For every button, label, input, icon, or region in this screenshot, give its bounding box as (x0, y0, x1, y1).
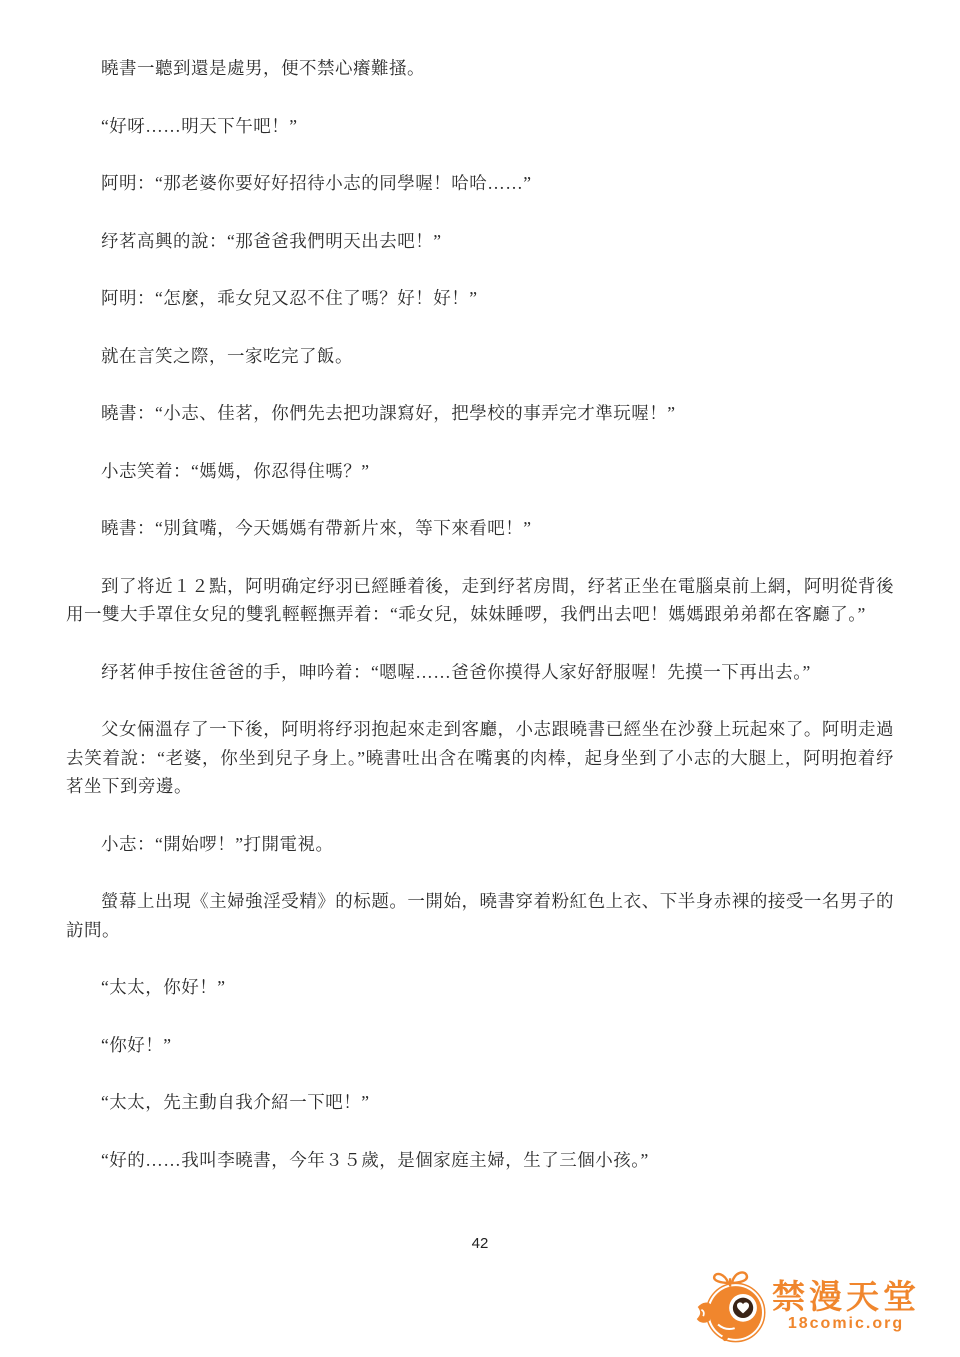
paragraph: 小志笑着：“媽媽，你忍得住嗎？” (66, 457, 894, 486)
paragraph: 就在言笑之際，一家吃完了飯。 (66, 342, 894, 371)
paragraph: 父女倆溫存了一下後，阿明将纾羽抱起來走到客廳，小志跟曉書已經坐在沙發上玩起來了。… (66, 715, 894, 801)
story-text-block: 曉書一聽到還是處男，便不禁心癢難搔。 “好呀……明天下午吧！” 阿明：“那老婆你… (66, 54, 894, 1203)
paragraph: 到了将近１２點，阿明确定纾羽已經睡着後，走到纾茗房間，纾茗正坐在電腦桌前上網，阿… (66, 572, 894, 629)
paragraph: 阿明：“那老婆你要好好招待小志的同學喔！哈哈……” (66, 169, 894, 198)
paragraph: 曉書：“小志、佳茗，你們先去把功課寫好，把學校的事弄完才準玩喔！” (66, 399, 894, 428)
watermark-logo: 禁漫天堂 18comic.org (694, 1265, 920, 1347)
paragraph: 曉書一聽到還是處男，便不禁心癢難搔。 (66, 54, 894, 83)
paragraph: 小志：“開始啰！”打開電視。 (66, 830, 894, 859)
watermark-site-name: 禁漫天堂 (772, 1280, 920, 1314)
paragraph: “你好！” (66, 1031, 894, 1060)
paragraph: “好呀……明天下午吧！” (66, 112, 894, 141)
document-page: { "document": { "page_number": "42", "pa… (0, 0, 960, 1357)
watermark-text: 禁漫天堂 18comic.org (772, 1280, 920, 1332)
paragraph: 纾茗高興的說：“那爸爸我們明天出去吧！” (66, 227, 894, 256)
watermark-site-url: 18comic.org (788, 1315, 904, 1332)
paragraph: 纾茗伸手按住爸爸的手，呻吟着：“嗯喔……爸爸你摸得人家好舒服喔！先摸一下再出去。… (66, 658, 894, 687)
paragraph: “太太，你好！” (66, 973, 894, 1002)
paragraph: 阿明：“怎麼，乖女兒又忍不住了嗎？好！好！” (66, 284, 894, 313)
paragraph: “太太，先主動自我介紹一下吧！” (66, 1088, 894, 1117)
whale-heart-mascot-icon (694, 1265, 768, 1347)
paragraph: 螢幕上出現《主婦強淫受精》的标题。一開始，曉書穿着粉紅色上衣、下半身赤裸的接受一… (66, 887, 894, 944)
paragraph: 曉書：“別貧嘴，今天媽媽有帶新片來，等下來看吧！” (66, 514, 894, 543)
paragraph: “好的……我叫李曉書，今年３５歲，是個家庭主婦，生了三個小孩。” (66, 1146, 894, 1175)
page-number: 42 (0, 1235, 960, 1252)
